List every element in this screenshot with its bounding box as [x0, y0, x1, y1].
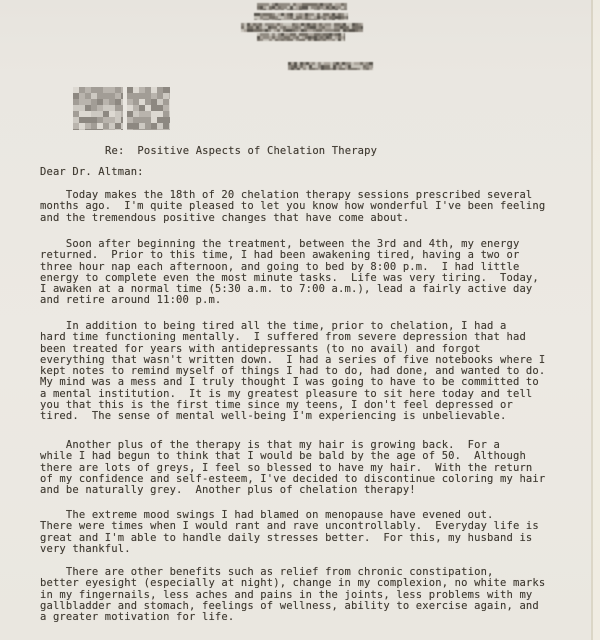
paper-edge-band [593, 0, 600, 640]
redacted-recipient-block-left [73, 87, 123, 130]
paragraph-4: Another plus of the therapy is that my h… [40, 440, 545, 496]
redacted-sender-line-3 [241, 23, 363, 32]
paragraph-5: The extreme mood swings I had blamed on … [40, 510, 539, 555]
paragraph-2: Soon after beginning the treatment, betw… [40, 239, 539, 307]
salutation: Dear Dr. Altman: [40, 167, 144, 178]
paragraph-6: There are other benefits such as relief … [40, 567, 545, 623]
letter-page: Re: Positive Aspects of Chelation Therap… [0, 0, 600, 640]
paragraph-3: In addition to being tired all the time,… [40, 321, 545, 422]
redacted-recipient-block-right [127, 87, 170, 130]
redacted-sender-line-1 [257, 3, 347, 10]
subject-line: Re: Positive Aspects of Chelation Therap… [105, 146, 377, 157]
redacted-date [288, 62, 373, 70]
redacted-sender-line-2 [254, 13, 348, 20]
redacted-sender-line-4 [257, 33, 345, 41]
paragraph-1: Today makes the 18th of 20 chelation the… [40, 190, 545, 224]
